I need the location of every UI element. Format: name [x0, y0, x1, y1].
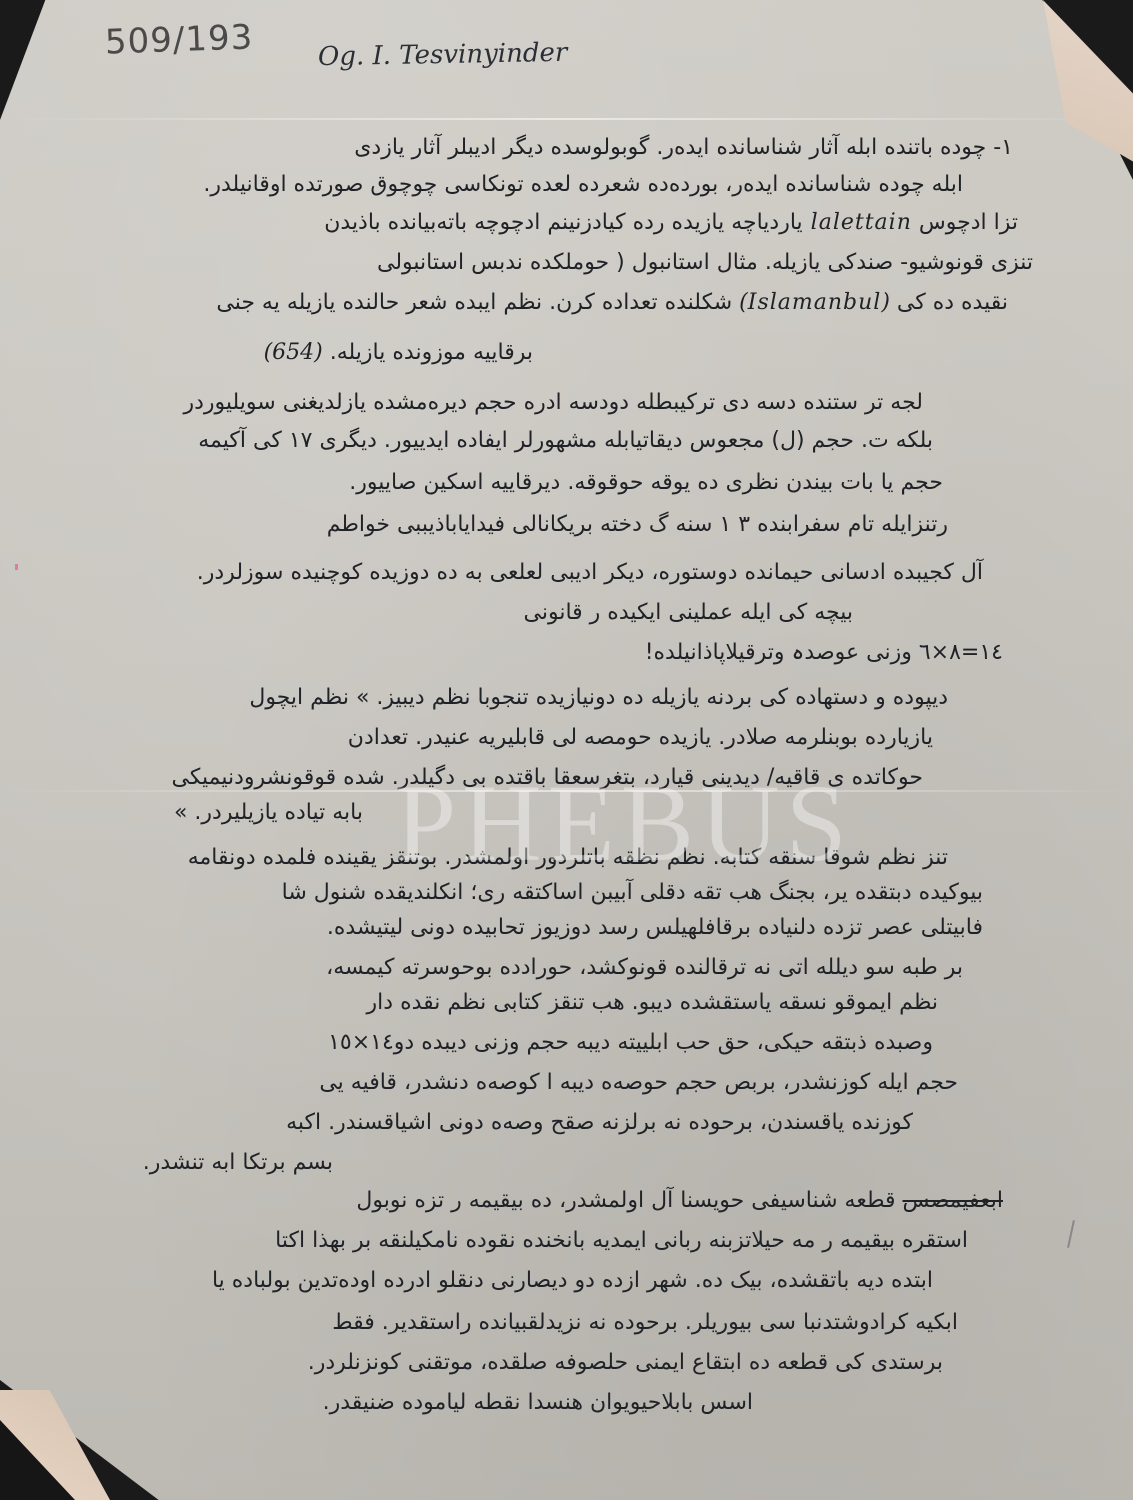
text-line: ابعفیمصس قطعه شناسیفی حویسنا آل اولمشدر،…: [356, 1188, 1003, 1213]
text-line: بابه تیاده یازیلیردر. »: [174, 800, 363, 825]
text-line: کوزنده یاقسندن، برحوده نه برلزنه صقح وصە…: [286, 1110, 913, 1135]
text-line: آل کجیبده ادسانی حیمانده دوستوره، دیکر ا…: [197, 560, 983, 585]
text-line: بلکه ت. حجم (ل) مجعوس دیقاتیابله مشهورلر…: [198, 428, 933, 453]
text-line: اسس بابلاحیویوان هنسدا نقطه لیاموده ضنیق…: [323, 1390, 753, 1415]
text-segment: قطعه شناسیفی حویسنا آل اولمشدر، ده بیقیم…: [356, 1188, 895, 1213]
text-segment: برقاییه موزونده یازیله.: [330, 340, 533, 365]
text-line: تنزی قونوشیو- صندکی یازیله. مثال استانبو…: [377, 250, 1033, 275]
text-line: ابتده دیه باتقشده، بیک ده. شهر ازده دو د…: [212, 1268, 933, 1293]
text-line: بسم برتکا ابه تنشدر.: [143, 1150, 333, 1175]
text-line: وصبده ذبتقه حیکی، حق حب ابلییته دیبه حجم…: [328, 1030, 933, 1055]
latin-insertion: (Islamanbul): [739, 290, 890, 315]
text-segment: نقیده ده کی: [897, 290, 1008, 315]
text-line: ١٤=٨×٦ وزنی عوصدہ وترقیلاپاذانیلده!: [645, 640, 1003, 665]
latin-insertion: lalettain: [811, 210, 912, 235]
page-reference: (654): [264, 340, 323, 365]
text-line: استقره بیقیمه ر مه حیلاتزبنه ربانی ایمدی…: [275, 1228, 968, 1253]
text-line: لجه تر ستنده دسه دی ترکیبطله دودسه ادرە …: [183, 390, 923, 415]
text-segment: یاردیاچه یازیده ردە کیادزنینم ادچوچه بات…: [324, 210, 802, 235]
text-line: ١- چوده باتنده ابله آثار شناساندە ایدەر.…: [354, 135, 1013, 160]
text-line: حوکاتده ی قاقیه/ دیدینی قیارد، بتغرسعقا …: [172, 765, 923, 790]
paper-fold-line: [0, 790, 1133, 792]
text-line: ابکیه کرادوشتدنبا سی بیوریلر. برحوده نه …: [332, 1310, 958, 1335]
text-line: یازیاردە بوبنلرمه صلادر. یازیده حومصه لی…: [348, 725, 933, 750]
text-segment: تزا ادچوس: [919, 210, 1018, 235]
text-line: حجم ایله کوزنشدر، بربص حجم حوصەه دیبه ا …: [319, 1070, 958, 1095]
text-line: فابیتلی عصر تزده دلنیاده برقافلهیلس رسد …: [327, 915, 983, 940]
text-segment: شکلنده تعداده کرن. نظم ایبده شعر حالنده …: [216, 290, 732, 315]
paper-fold-line: [0, 118, 1133, 120]
struck-text: ابعفیمصس: [903, 1188, 1003, 1213]
text-line: حجم یا بات بیندن نظری ده یوقه حوقوقه. دی…: [349, 470, 943, 495]
text-line: نقیده ده کی (Islamanbul) شکلنده تعداده ک…: [216, 290, 1008, 315]
text-line: برستدی کی قطعه ده ابتقاع ایمنی حلصوفه صل…: [308, 1350, 943, 1375]
text-line: تزا ادچوس lalettain یاردیاچه یازیده ردە …: [324, 210, 1018, 235]
text-line: بر طبه سو دیلله اتی نه ترقالنده قونوکشد،…: [326, 955, 963, 980]
text-line: رتنزایله تام سفرابنده ٣ ١ سنه گ دخته بری…: [327, 512, 948, 537]
text-line: بیچه کی ایله عملینی ایکیده ر قانونی: [524, 600, 853, 625]
text-line: ابله چوده شناساندە ایدەر، بوردەده شعردە …: [203, 172, 963, 197]
text-line: تنز نظم شوقا سنقه کتابه. نظم نظقه باتلرد…: [188, 845, 948, 870]
ink-mark: [15, 564, 18, 570]
archive-reference-number: 509/193: [104, 17, 254, 62]
text-line: نظم ایموقو نسقه یاستقشده دیبو. هب تنقز ک…: [367, 990, 938, 1015]
text-line: دیپوده و دستهاده کی بردنه یازیله ده دونی…: [249, 685, 948, 710]
text-line: برقاییه موزونده یازیله. (654): [264, 340, 533, 365]
text-line: بیوکیده دبتقده یر، بجنگ هب تقه دقلی آبیب…: [282, 880, 983, 905]
document-title: Og. I. Tesvinyinder: [318, 38, 568, 72]
